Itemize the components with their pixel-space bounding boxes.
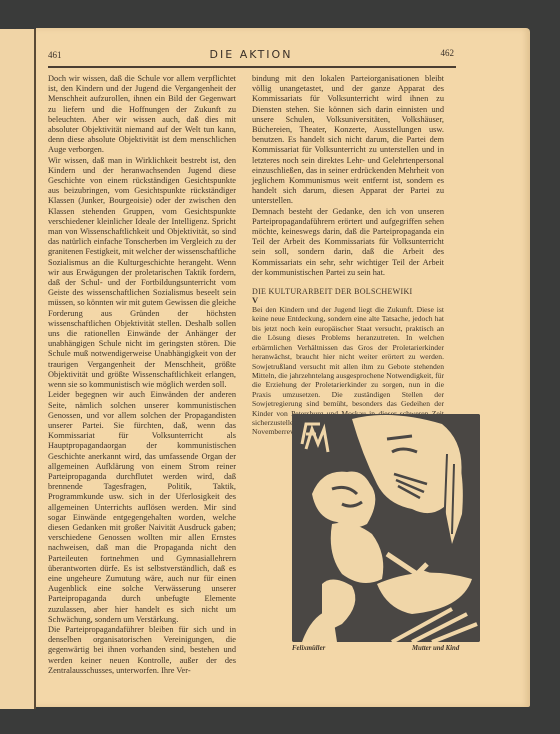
previous-page-edge [0,29,36,709]
woodcut-illustration [292,414,480,642]
section-number: V [252,296,444,305]
paragraph: bindung mit den lokalen Parteiorganisati… [252,74,444,207]
paragraph: Wir wissen, daß man in Wirklichkeit best… [48,156,236,391]
caption-artist: Felixmüller [292,645,325,652]
paragraph: Demnach besteht der Gedanke, den ich von… [252,207,444,278]
paragraph: Die Parteipropagandaführer bleiben für s… [48,625,236,676]
right-column: bindung mit den lokalen Parteiorganisati… [252,74,444,437]
left-column: Doch wir wissen, daß die Schule vor alle… [48,74,236,676]
mother-and-child-woodcut-icon [292,414,480,642]
caption-title: Mutter und Kind [412,645,459,652]
section-heading: DIE KULTURARBEIT DER BOLSCHEWIKI [252,287,444,296]
paragraph: Leider begegnen wir auch Einwänden der a… [48,390,236,625]
paragraph: Doch wir wissen, daß die Schule vor alle… [48,74,236,156]
page-number-right: 462 [441,48,455,58]
header-rule [48,66,456,68]
page-header: 461 DIE AKTION 462 [48,48,454,64]
magazine-title: DIE AKTION [48,48,454,61]
